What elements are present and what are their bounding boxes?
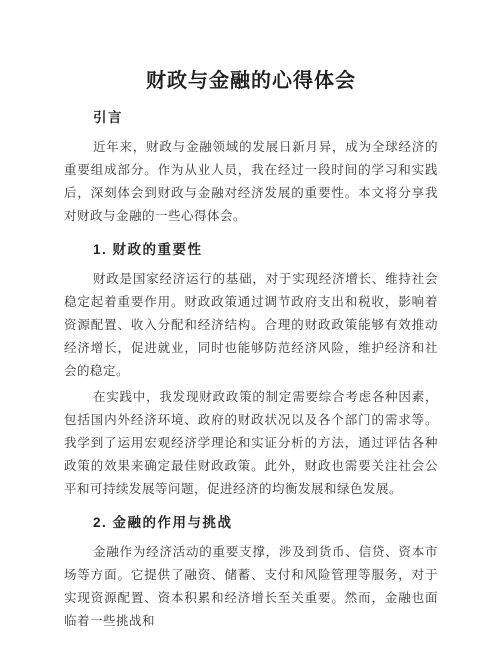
- section-heading-2: 2. 金融的作用与挑战: [64, 513, 438, 533]
- section-heading-intro: 引言: [64, 108, 438, 128]
- paragraph: 在实践中，我发现财政政策的制定需要综合考虑各种因素，包括国内外经济环境、政府的财…: [64, 386, 438, 501]
- section-heading-1: 1. 财政的重要性: [64, 240, 438, 260]
- document-page: 财政与金融的心得体会 引言 近年来，财政与金融领域的发展日新月异，成为全球经济的…: [0, 0, 500, 647]
- paragraph: 财政是国家经济运行的基础，对于实现经济增长、维持社会稳定起着重要作用。财政政策通…: [64, 268, 438, 383]
- paragraph: 近年来，财政与金融领域的发展日新月异，成为全球经济的重要组成部分。作为从业人员，…: [64, 136, 438, 228]
- paragraph: 金融作为经济活动的重要支撑，涉及到货币、信贷、资本市场等方面。它提供了融资、储蓄…: [64, 541, 438, 633]
- document-title: 财政与金融的心得体会: [64, 68, 438, 94]
